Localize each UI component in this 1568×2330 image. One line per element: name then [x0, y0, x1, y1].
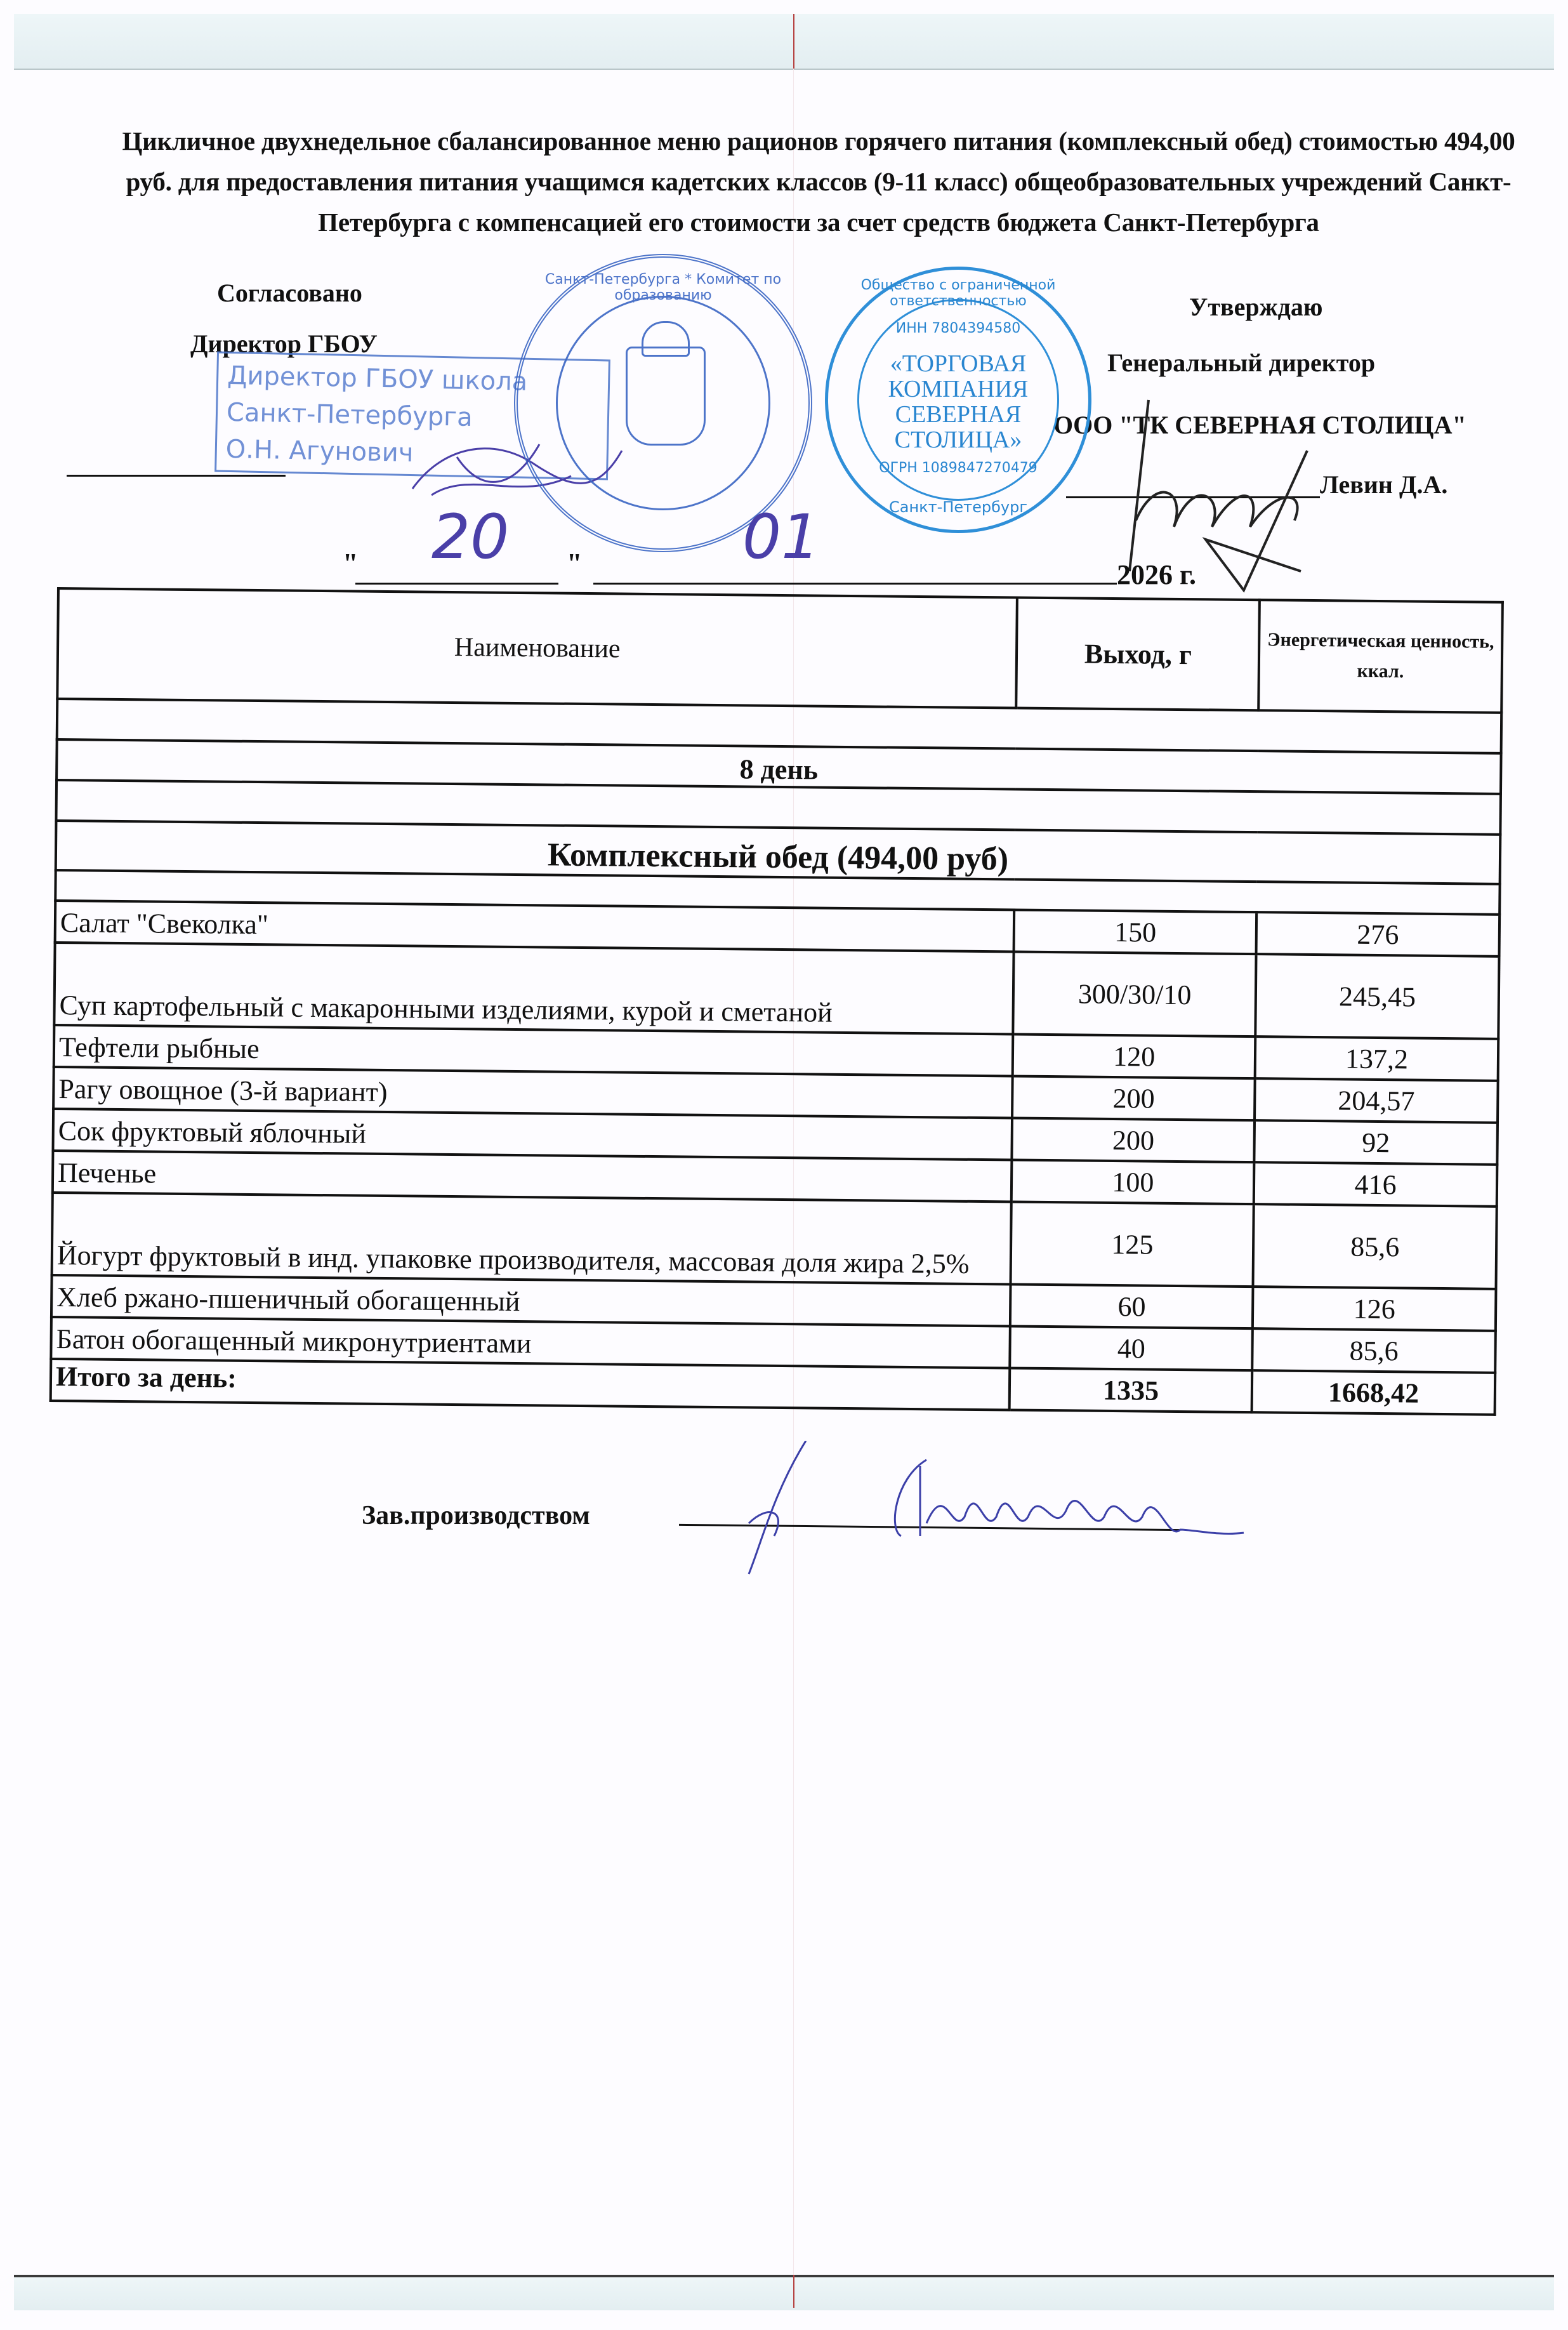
production-manager-label: Зав.производством [362, 1500, 590, 1531]
total-energy: 1668,42 [1252, 1370, 1495, 1415]
dish-yield: 125 [1011, 1201, 1254, 1287]
company-seal-name-line: СТОЛИЦА» [828, 427, 1088, 453]
dish-yield: 200 [1012, 1118, 1255, 1162]
total-yield: 1335 [1010, 1368, 1253, 1412]
company-seal-name-line: «ТОРГОВАЯ [828, 351, 1088, 376]
approve-name: Левин Д.А. [1320, 470, 1447, 500]
agreed-signature-line [67, 475, 286, 477]
dish-name: Суп картофельный с макаронными изделиями… [54, 943, 1013, 1035]
table-header-row: Наименование Выход, г Энергетическая цен… [57, 588, 1503, 713]
scan-center-mark-top [793, 14, 794, 69]
scan-border-top [14, 14, 1554, 70]
dish-yield: 40 [1010, 1326, 1253, 1370]
table-row: Суп картофельный с макаронными изделиями… [54, 943, 1499, 1039]
dish-energy: 245,45 [1256, 954, 1499, 1039]
company-seal-ogrn: ОГРН 1089847270479 [828, 460, 1088, 476]
coat-of-arms-icon [626, 347, 706, 446]
company-seal: Общество с ограниченной ответственностью… [825, 267, 1091, 533]
date-month-line [593, 583, 1117, 585]
dish-yield: 150 [1014, 910, 1257, 955]
table-row: Йогурт фруктовый в инд. упаковке произво… [52, 1193, 1497, 1289]
company-seal-ring-text: Общество с ограниченной ответственностью [828, 277, 1088, 309]
header-yield: Выход, г [1017, 598, 1260, 711]
dish-energy: 276 [1256, 912, 1499, 956]
header-energy: Энергетическая ценность, ккал. [1258, 600, 1502, 713]
date-day-line [355, 583, 558, 585]
company-seal-name: «ТОРГОВАЯ КОМПАНИЯ СЕВЕРНАЯ СТОЛИЦА» [828, 351, 1088, 453]
date-month-handwritten: 01 [742, 501, 820, 573]
company-seal-city: Санкт-Петербург [828, 498, 1088, 516]
company-seal-name-line: СЕВЕРНАЯ [828, 402, 1088, 427]
dish-yield: 200 [1012, 1076, 1255, 1120]
dish-energy: 416 [1254, 1162, 1497, 1207]
company-seal-inn: ИНН 7804394580 [828, 321, 1088, 336]
dish-yield: 120 [1013, 1034, 1256, 1078]
company-seal-name-line: КОМПАНИЯ [828, 376, 1088, 402]
dish-energy: 126 [1253, 1287, 1496, 1331]
dish-energy: 92 [1255, 1120, 1498, 1165]
dish-energy: 137,2 [1255, 1036, 1498, 1081]
dish-yield: 60 [1010, 1284, 1253, 1328]
date-year: 2026 г. [1117, 559, 1196, 591]
scan-center-mark-bottom [793, 2275, 794, 2308]
header-name: Наименование [57, 588, 1017, 708]
date-day-handwritten: 20 [432, 501, 509, 573]
date-quote-close: " [567, 547, 582, 579]
scan-border-bottom [14, 2275, 1554, 2310]
dish-yield: 100 [1011, 1160, 1255, 1204]
dish-yield: 300/30/10 [1013, 952, 1256, 1037]
date-quote-open: " [343, 547, 358, 579]
agreed-label: Согласовано [217, 278, 362, 308]
production-manager-signature [736, 1441, 1295, 1580]
school-seal-ring-text: Санкт-Петербурга * Комитет по образовани… [537, 272, 789, 303]
menu-table: Наименование Выход, г Энергетическая цен… [49, 587, 1504, 1416]
dish-energy: 85,6 [1253, 1204, 1497, 1289]
approve-label: Утверждаю [1189, 292, 1322, 322]
dish-energy: 85,6 [1252, 1328, 1495, 1373]
dish-name: Йогурт фруктовый в инд. упаковке произво… [52, 1193, 1011, 1285]
total-label: Итого за день: [51, 1359, 1010, 1410]
dish-energy: 204,57 [1255, 1078, 1498, 1123]
document-title: Цикличное двухнедельное сбалансированное… [108, 121, 1529, 242]
approve-role: Генеральный директор [1107, 348, 1375, 378]
